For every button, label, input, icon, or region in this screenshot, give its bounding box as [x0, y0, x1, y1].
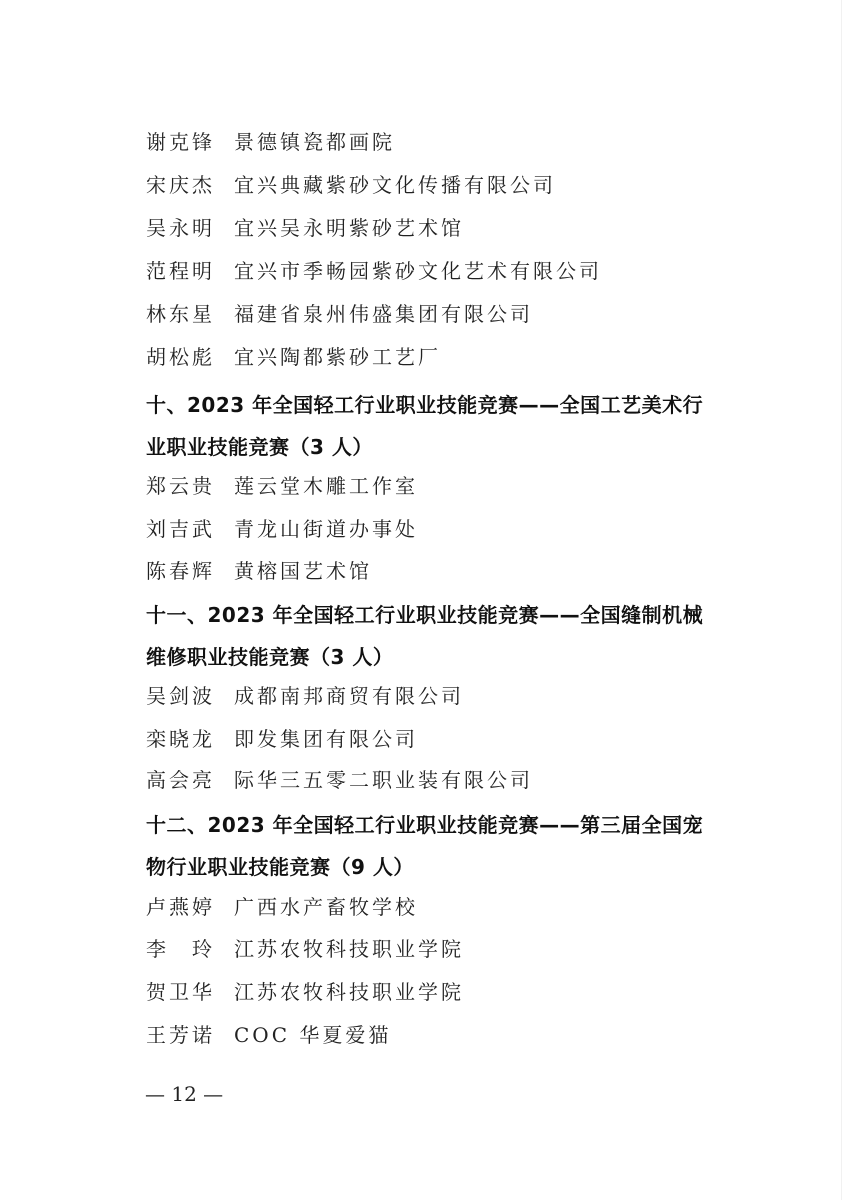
section-heading-line: 业职业技能竞赛（3 人）: [146, 426, 726, 468]
awardee-name: 吴剑波: [146, 680, 234, 712]
list-item: 范程明宜兴市季畅园紫砂文化艺术有限公司: [146, 255, 602, 287]
awardee-organization: 宜兴陶都紫砂工艺厂: [234, 341, 441, 373]
awardee-organization: 宜兴市季畅园紫砂文化艺术有限公司: [234, 255, 602, 287]
awardee-organization: 宜兴吴永明紫砂艺术馆: [234, 212, 464, 244]
awardee-name: 林东星: [146, 298, 234, 330]
section-heading-line: 维修职业技能竞赛（3 人）: [146, 636, 726, 678]
awardee-name: 陈春辉: [146, 555, 234, 587]
page-number: — 12 —: [145, 1080, 223, 1108]
list-item: 栾晓龙即发集团有限公司: [146, 723, 418, 755]
list-item: 胡松彪宜兴陶都紫砂工艺厂: [146, 341, 441, 373]
list-item: 李 玲江苏农牧科技职业学院: [146, 933, 464, 965]
section-heading: 十二、2023 年全国轻工行业职业技能竞赛——第三届全国宠 物行业职业技能竞赛（…: [146, 804, 726, 888]
awardee-organization: 黄榕国艺术馆: [234, 555, 372, 587]
scan-edge-artifact: [841, 0, 842, 1200]
awardee-name: 高会亮: [146, 764, 234, 796]
document-page: 谢克锋景德镇瓷都画院 宋庆杰宜兴典藏紫砂文化传播有限公司 吴永明宜兴吴永明紫砂艺…: [0, 0, 848, 1200]
list-item: 宋庆杰宜兴典藏紫砂文化传播有限公司: [146, 169, 556, 201]
list-item: 郑云贵莲云堂木雕工作室: [146, 470, 418, 502]
awardee-organization: 青龙山街道办事处: [234, 513, 418, 545]
list-item: 吴永明宜兴吴永明紫砂艺术馆: [146, 212, 464, 244]
list-item: 谢克锋景德镇瓷都画院: [146, 126, 395, 158]
awardee-organization: 即发集团有限公司: [234, 723, 418, 755]
awardee-name: 吴永明: [146, 212, 234, 244]
section-heading-line: 十一、2023 年全国轻工行业职业技能竞赛——全国缝制机械: [146, 594, 726, 636]
awardee-name: 刘吉武: [146, 513, 234, 545]
awardee-name: 谢克锋: [146, 126, 234, 158]
awardee-name: 卢燕婷: [146, 891, 234, 923]
awardee-organization: 莲云堂木雕工作室: [234, 470, 418, 502]
list-item: 王芳诺COC 华夏爱猫: [146, 1019, 391, 1051]
awardee-organization: 宜兴典藏紫砂文化传播有限公司: [234, 169, 556, 201]
awardee-organization: 福建省泉州伟盛集团有限公司: [234, 298, 533, 330]
list-item: 陈春辉黄榕国艺术馆: [146, 555, 372, 587]
awardee-organization: 广西水产畜牧学校: [234, 891, 418, 923]
awardee-organization: 景德镇瓷都画院: [234, 126, 395, 158]
awardee-organization: 成都南邦商贸有限公司: [234, 680, 464, 712]
awardee-name: 胡松彪: [146, 341, 234, 373]
awardee-organization: 际华三五零二职业装有限公司: [234, 764, 533, 796]
awardee-organization: 江苏农牧科技职业学院: [234, 976, 464, 1008]
section-heading-line: 十二、2023 年全国轻工行业职业技能竞赛——第三届全国宠: [146, 804, 726, 846]
list-item: 卢燕婷广西水产畜牧学校: [146, 891, 418, 923]
section-heading: 十一、2023 年全国轻工行业职业技能竞赛——全国缝制机械 维修职业技能竞赛（3…: [146, 594, 726, 678]
list-item: 高会亮际华三五零二职业装有限公司: [146, 764, 533, 796]
list-item: 林东星福建省泉州伟盛集团有限公司: [146, 298, 533, 330]
awardee-organization: 江苏农牧科技职业学院: [234, 933, 464, 965]
awardee-organization: COC 华夏爱猫: [234, 1019, 391, 1051]
awardee-name: 郑云贵: [146, 470, 234, 502]
list-item: 贺卫华江苏农牧科技职业学院: [146, 976, 464, 1008]
awardee-name: 宋庆杰: [146, 169, 234, 201]
awardee-name: 栾晓龙: [146, 723, 234, 755]
awardee-name: 李 玲: [146, 933, 234, 965]
awardee-name: 范程明: [146, 255, 234, 287]
awardee-name: 贺卫华: [146, 976, 234, 1008]
section-heading-line: 十、2023 年全国轻工行业职业技能竞赛——全国工艺美术行: [146, 384, 726, 426]
list-item: 吴剑波成都南邦商贸有限公司: [146, 680, 464, 712]
section-heading: 十、2023 年全国轻工行业职业技能竞赛——全国工艺美术行 业职业技能竞赛（3 …: [146, 384, 726, 468]
list-item: 刘吉武青龙山街道办事处: [146, 513, 418, 545]
section-heading-line: 物行业职业技能竞赛（9 人）: [146, 846, 726, 888]
awardee-name: 王芳诺: [146, 1019, 234, 1051]
